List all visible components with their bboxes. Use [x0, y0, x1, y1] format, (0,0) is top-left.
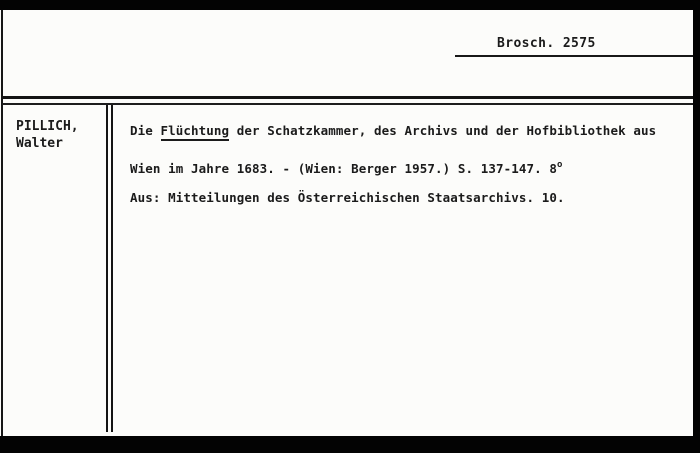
scan-border-right [693, 0, 700, 453]
entry-line-1-pre: Die [130, 123, 161, 138]
entry-line-3: Aus: Mitteilungen des Österreichischen S… [130, 190, 565, 206]
call-number: Brosch. 2575 [497, 36, 596, 51]
call-number-underline [455, 55, 693, 57]
catalog-card-scan: Brosch. 2575 PILLICH,Walter Die Flüchtun… [0, 0, 700, 453]
scan-border-bottom [0, 436, 700, 453]
author-surname: PILLICH, [16, 119, 79, 134]
title-underlined-word: Flüchtung [161, 123, 230, 141]
entry-line-2: Wien im Jahre 1683. - (Wien: Berger 1957… [130, 157, 562, 177]
author-block: PILLICH,Walter [16, 118, 79, 152]
scan-border-top [0, 0, 700, 10]
entry-line-2-text: Wien im Jahre 1683. - (Wien: Berger 1957… [130, 161, 557, 176]
octavo-superscript: o [557, 160, 562, 170]
column-divider-left-line [106, 105, 108, 432]
card-left-edge-line [1, 10, 3, 436]
entry-line-1: Die Flüchtung der Schatzkammer, des Arch… [130, 123, 656, 139]
column-divider-right-line [111, 105, 113, 432]
author-forename: Walter [16, 136, 63, 151]
entry-line-1-post: der Schatzkammer, des Archivs und der Ho… [229, 123, 656, 138]
horizontal-rule-top [2, 96, 693, 99]
